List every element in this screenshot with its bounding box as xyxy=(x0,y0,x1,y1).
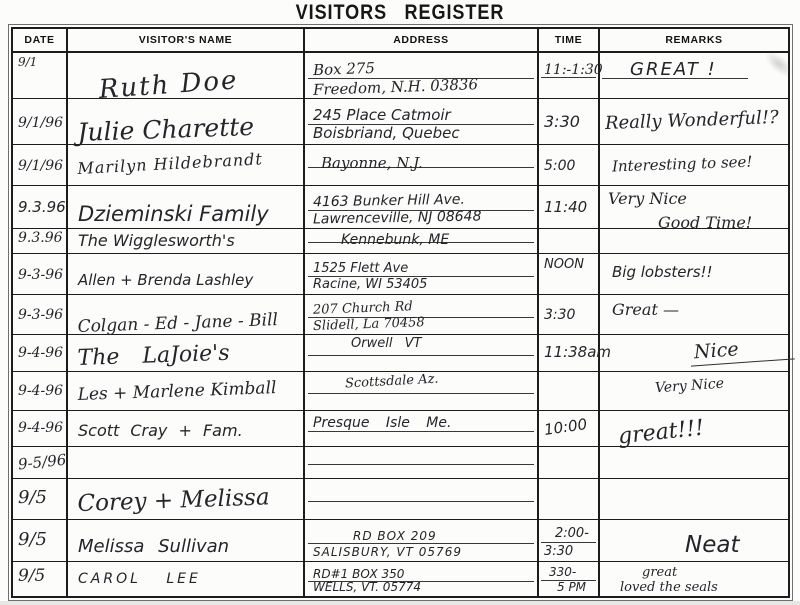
table-header-row: DATE VISITOR'S NAME ADDRESS TIME REMARKS xyxy=(13,29,788,53)
time-value: 3:30 xyxy=(544,307,575,323)
date-cell: 9-4-96 xyxy=(13,372,68,410)
visitors-register-table: DATE VISITOR'S NAME ADDRESS TIME REMARKS… xyxy=(8,24,793,601)
address-line: Box 275 xyxy=(313,59,376,79)
date-value: 9/1 xyxy=(18,55,37,69)
time-cell: 5:00 xyxy=(539,145,600,185)
visitor-name-cell: Ruth Doe xyxy=(68,53,305,98)
time-cell: NOON xyxy=(539,254,600,294)
register-row: 9.3.96The Wigglesworth'sKennebunk, ME xyxy=(13,229,788,254)
date-cell: 9.3.96 xyxy=(13,229,68,253)
visitor-name: Les + Marlene Kimball xyxy=(77,378,276,405)
time-cell: 330-5 PM xyxy=(539,562,600,596)
date-cell: 9/1/96 xyxy=(13,99,68,144)
visitor-name-cell: The LaJoie's xyxy=(68,335,305,371)
address-line: RD BOX 209 xyxy=(353,529,437,543)
time-value: 11:-1:30 xyxy=(544,62,603,78)
date-value: 9-5/96 xyxy=(17,451,67,474)
remarks-line: Big lobsters!! xyxy=(612,263,713,281)
column-header-remarks: REMARKS xyxy=(600,29,788,51)
remarks-cell: Very Nice xyxy=(600,372,788,410)
remarks-line: Very Nice xyxy=(655,376,725,397)
remarks-cell: Neat xyxy=(600,520,788,561)
visitor-name-cell: CAROL LEE xyxy=(68,562,305,596)
visitor-name: Dzieminski Family xyxy=(78,202,269,226)
address-cell xyxy=(305,447,539,478)
time-value: 2:00- xyxy=(555,526,589,541)
address-cell: Presque Isle Me. xyxy=(305,411,539,446)
register-row: 9-3-96Allen + Brenda Lashley1525 Flett A… xyxy=(13,254,788,295)
date-value: 9.3.96 xyxy=(18,198,66,216)
address-line: 245 Place Catmoir xyxy=(313,106,451,124)
remarks-cell xyxy=(600,229,788,253)
time-value: 3:30 xyxy=(544,544,573,559)
remarks-cell: GREAT ! xyxy=(600,53,788,98)
time-value: NOON xyxy=(544,257,584,272)
time-value: 3:30 xyxy=(544,112,580,131)
time-cell: 11:40 xyxy=(539,186,600,228)
column-header-name: VISITOR'S NAME xyxy=(68,29,305,51)
address-cell: Bayonne, N.J. xyxy=(305,145,539,185)
address-cell: Box 275Freedom, N.H. 03836 xyxy=(305,53,539,98)
time-value: 10:00 xyxy=(543,415,588,439)
remarks-line: GREAT ! xyxy=(630,59,717,80)
address-cell: 1525 Flett AveRacine, WI 53405 xyxy=(305,254,539,294)
time-cell xyxy=(539,229,600,253)
remarks-cell: Really Wonderful!? xyxy=(600,99,788,144)
register-row: 9/5Corey + Melissa xyxy=(13,479,788,520)
visitor-name: The Wigglesworth's xyxy=(78,231,235,250)
remarks-cell xyxy=(600,447,788,478)
date-value: 9/1/96 xyxy=(18,158,63,174)
date-cell: 9/1 xyxy=(13,53,68,98)
time-cell: 11:-1:30 xyxy=(539,53,600,98)
time-value: 5 PM xyxy=(557,580,586,594)
date-value: 9/5 xyxy=(18,487,47,508)
address-line: Freedom, N.H. 03836 xyxy=(313,75,479,99)
time-cell xyxy=(539,479,600,519)
date-value: 9/1/96 xyxy=(18,115,63,131)
address-line: Racine, WI 53405 xyxy=(313,277,427,292)
time-cell: 3:30 xyxy=(539,295,600,334)
remarks-cell: great!!! xyxy=(600,411,788,446)
date-value: 9-3-96 xyxy=(18,307,63,323)
date-cell: 9/5 xyxy=(13,520,68,561)
visitor-name-cell: Allen + Brenda Lashley xyxy=(68,254,305,294)
register-row: 9-4-96Les + Marlene KimballScottsdale Az… xyxy=(13,372,788,411)
register-row: 9-5/96 xyxy=(13,447,788,479)
address-line: 1525 Flett Ave xyxy=(313,261,408,276)
column-header-time: TIME xyxy=(539,29,600,51)
date-cell: 9-5/96 xyxy=(13,447,68,478)
visitor-name-cell: Scott Cray + Fam. xyxy=(68,411,305,446)
address-line: Orwell VT xyxy=(351,336,421,351)
page-title: VISITORS REGISTER xyxy=(20,1,780,26)
address-line: RD#1 BOX 350 xyxy=(313,567,404,581)
remarks-line: Good Time! xyxy=(658,213,752,232)
remarks-cell: greatloved the seals xyxy=(600,562,788,596)
address-line: Lawrenceville, NJ 08648 xyxy=(313,209,482,228)
visitor-name-cell: Colgan - Ed - Jane - Bill xyxy=(68,295,305,334)
date-cell: 9/5 xyxy=(13,562,68,596)
visitor-name-cell: Les + Marlene Kimball xyxy=(68,372,305,410)
date-value: 9-4-96 xyxy=(18,383,63,399)
address-cell: Kennebunk, ME xyxy=(305,229,539,253)
date-value: 9-4-96 xyxy=(18,420,63,436)
visitor-name-cell: Julie Charette xyxy=(68,99,305,144)
date-value: 9-3-96 xyxy=(18,267,63,283)
remarks-cell: Interesting to see! xyxy=(600,145,788,185)
time-value: 11:40 xyxy=(544,198,587,216)
address-line: Bayonne, N.J. xyxy=(321,154,423,172)
visitor-name: Allen + Brenda Lashley xyxy=(78,271,253,289)
register-row: 9/1Ruth DoeBox 275Freedom, N.H. 0383611:… xyxy=(13,53,788,99)
date-value: 9/5 xyxy=(18,529,47,550)
register-row: 9-3-96Colgan - Ed - Jane - Bill207 Churc… xyxy=(13,295,788,335)
date-value: 9-4-96 xyxy=(18,345,63,361)
date-cell: 9.3.96 xyxy=(13,186,68,228)
remarks-line: loved the seals xyxy=(620,580,718,595)
address-line: Scottsdale Az. xyxy=(345,372,439,392)
address-cell xyxy=(305,479,539,519)
remarks-line: Really Wonderful!? xyxy=(605,107,779,134)
remarks-cell: Big lobsters!! xyxy=(600,254,788,294)
remarks-cell: Nice xyxy=(600,335,788,371)
register-row: 9/1/96Julie Charette245 Place CatmoirBoi… xyxy=(13,99,788,145)
address-line: Boisbriand, Quebec xyxy=(313,124,460,142)
address-line: Kennebunk, ME xyxy=(341,232,449,248)
time-cell: 11:38am xyxy=(539,335,600,371)
visitor-name-cell xyxy=(68,447,305,478)
visitor-name: Melissa Sullivan xyxy=(78,536,229,557)
remarks-line: Great — xyxy=(612,300,679,319)
time-cell xyxy=(539,447,600,478)
column-header-date: DATE xyxy=(13,29,68,51)
date-value: 9.3.96 xyxy=(18,230,63,246)
visitor-name-cell: Melissa Sullivan xyxy=(68,520,305,561)
time-cell xyxy=(539,372,600,410)
remarks-cell: Very NiceGood Time! xyxy=(600,186,788,228)
date-cell: 9/5 xyxy=(13,479,68,519)
address-cell: RD#1 BOX 350WELLS, VT. 05774 xyxy=(305,562,539,596)
remarks-line: Very Nice xyxy=(608,189,687,208)
visitor-name-cell: The Wigglesworth's xyxy=(68,229,305,253)
remarks-cell: Great — xyxy=(600,295,788,334)
visitor-name-cell: Corey + Melissa xyxy=(68,479,305,519)
scan-edge-artifact xyxy=(0,601,800,605)
remarks-line: Interesting to see! xyxy=(612,153,753,176)
time-value: 330- xyxy=(549,565,576,579)
visitor-name: Julie Charette xyxy=(77,112,255,147)
time-value: 11:38am xyxy=(544,343,611,361)
date-cell: 9/1/96 xyxy=(13,145,68,185)
register-row: 9.3.96Dzieminski Family4163 Bunker Hill … xyxy=(13,186,788,229)
time-cell: 3:30 xyxy=(539,99,600,144)
remarks-cell xyxy=(600,479,788,519)
visitor-name: Marilyn Hildebrandt xyxy=(77,149,263,178)
register-row: 9/1/96Marilyn HildebrandtBayonne, N.J.5:… xyxy=(13,145,788,186)
date-cell: 9-3-96 xyxy=(13,254,68,294)
address-cell: 207 Church RdSlidell, La 70458 xyxy=(305,295,539,334)
remarks-line: Neat xyxy=(685,532,739,558)
date-cell: 9-4-96 xyxy=(13,411,68,446)
register-row: 9/5CAROL LEERD#1 BOX 350WELLS, VT. 05774… xyxy=(13,562,788,596)
date-value: 9/5 xyxy=(18,566,45,586)
address-cell: Orwell VT xyxy=(305,335,539,371)
address-line: SALISBURY, VT 05769 xyxy=(313,545,462,559)
register-row: 9-4-96Scott Cray + Fam.Presque Isle Me.1… xyxy=(13,411,788,447)
visitor-name: Corey + Melissa xyxy=(77,484,270,517)
visitor-name-cell: Marilyn Hildebrandt xyxy=(68,145,305,185)
address-line: Presque Isle Me. xyxy=(313,415,451,431)
address-cell: 245 Place CatmoirBoisbriand, Quebec xyxy=(305,99,539,144)
table-frame: DATE VISITOR'S NAME ADDRESS TIME REMARKS… xyxy=(11,27,790,598)
scanned-register-page: VISITORS REGISTER DATE VISITOR'S NAME AD… xyxy=(0,0,800,605)
time-value: 5:00 xyxy=(544,158,575,174)
date-cell: 9-4-96 xyxy=(13,335,68,371)
address-line: Slidell, La 70458 xyxy=(313,315,425,334)
visitor-name: Colgan - Ed - Jane - Bill xyxy=(77,310,278,337)
remarks-line: great xyxy=(642,565,677,580)
address-cell: 4163 Bunker Hill Ave.Lawrenceville, NJ 0… xyxy=(305,186,539,228)
address-line: 4163 Bunker Hill Ave. xyxy=(313,192,465,211)
remarks-line: great!!! xyxy=(617,415,705,449)
column-header-address: ADDRESS xyxy=(305,29,539,51)
address-cell: RD BOX 209SALISBURY, VT 05769 xyxy=(305,520,539,561)
address-line: WELLS, VT. 05774 xyxy=(313,580,421,594)
visitor-name: Scott Cray + Fam. xyxy=(78,421,243,440)
visitor-name: CAROL LEE xyxy=(78,571,201,587)
time-cell: 10:00 xyxy=(539,411,600,446)
register-row: 9-4-96The LaJoie'sOrwell VT11:38amNice xyxy=(13,335,788,372)
time-cell: 2:00-3:30 xyxy=(539,520,600,561)
remarks-line: Nice xyxy=(689,335,794,367)
date-cell: 9-3-96 xyxy=(13,295,68,334)
visitor-name: The LaJoie's xyxy=(77,341,230,371)
address-cell: Scottsdale Az. xyxy=(305,372,539,410)
register-row: 9/5Melissa SullivanRD BOX 209SALISBURY, … xyxy=(13,520,788,562)
register-rows: 9/1Ruth DoeBox 275Freedom, N.H. 0383611:… xyxy=(13,53,788,596)
visitor-name-cell: Dzieminski Family xyxy=(68,186,305,228)
